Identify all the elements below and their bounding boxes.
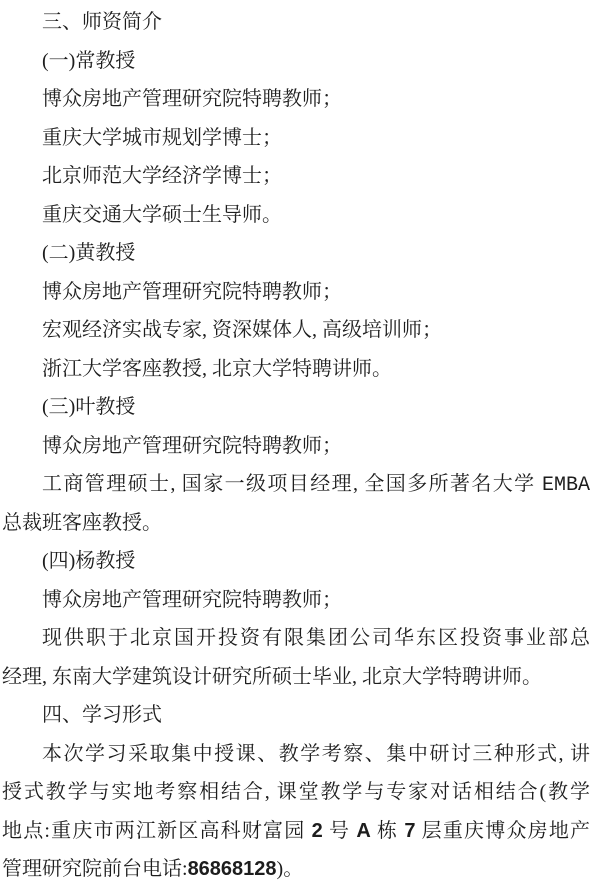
body-line: 浙江大学客座教授, 北京大学特聘讲师。 bbox=[2, 350, 590, 389]
body-line: 工商管理硕士, 国家一级项目经理, 全国多所著名大学 EMBA bbox=[2, 465, 590, 504]
section-heading-4: 四、学习形式 bbox=[2, 696, 590, 735]
bold-number: 2 bbox=[312, 820, 323, 842]
subsection-prof-yang: (四)杨教授 bbox=[2, 542, 590, 581]
body-line: 经理, 东南大学建筑设计研究所硕士毕业, 北京大学特聘讲师。 bbox=[2, 658, 590, 697]
body-line: 宏观经济实战专家, 资深媒体人, 高级培训师； bbox=[2, 311, 590, 350]
ascii-acronym: EMBA bbox=[542, 474, 590, 497]
bold-number: A bbox=[356, 820, 370, 842]
body-line: 博众房地产管理研究院特聘教师； bbox=[2, 80, 590, 119]
section-heading-3: 三、师资简介 bbox=[2, 3, 590, 42]
body-line: 博众房地产管理研究院特聘教师； bbox=[2, 427, 590, 466]
text-segment: 工商管理硕士, 国家一级项目经理, 全国多所著名大学 bbox=[42, 473, 542, 495]
text-segment: 栋 bbox=[371, 820, 405, 842]
subsection-prof-chang: (一)常教授 bbox=[2, 42, 590, 81]
subsection-prof-ye: (三)叶教授 bbox=[2, 388, 590, 427]
body-line: 授式教学与实地考察相结合, 课堂教学与专家对话相结合(教学 bbox=[2, 773, 590, 812]
body-line: 重庆大学城市规划学博士； bbox=[2, 119, 590, 158]
body-line: 管理研究院前台电话:86868128)。 bbox=[2, 850, 590, 889]
bold-number: 86868128 bbox=[188, 858, 277, 880]
body-line: 本次学习采取集中授课、教学考察、集中研讨三种形式, 讲 bbox=[2, 735, 590, 774]
body-line: 现供职于北京国开投资有限集团公司华东区投资事业部总 bbox=[2, 619, 590, 658]
subsection-prof-huang: (二)黄教授 bbox=[2, 234, 590, 273]
body-line: 总裁班客座教授。 bbox=[2, 504, 590, 543]
text-segment: 地点:重庆市两江新区高科财富园 bbox=[2, 820, 312, 842]
text-segment: 号 bbox=[323, 820, 357, 842]
body-line: 博众房地产管理研究院特聘教师； bbox=[2, 273, 590, 312]
text-segment: 层重庆博众房地产 bbox=[415, 820, 590, 842]
body-line: 博众房地产管理研究院特聘教师； bbox=[2, 581, 590, 620]
body-line: 重庆交通大学硕士生导师。 bbox=[2, 196, 590, 235]
document-page: 三、师资简介(一)常教授博众房地产管理研究院特聘教师；重庆大学城市规划学博士；北… bbox=[0, 0, 601, 890]
bold-number: 7 bbox=[404, 820, 415, 842]
body-line: 地点:重庆市两江新区高科财富园 2 号 A 栋 7 层重庆博众房地产 bbox=[2, 812, 590, 851]
text-segment: )。 bbox=[277, 858, 304, 880]
text-segment: 管理研究院前台电话: bbox=[2, 858, 188, 880]
body-line: 北京师范大学经济学博士； bbox=[2, 157, 590, 196]
